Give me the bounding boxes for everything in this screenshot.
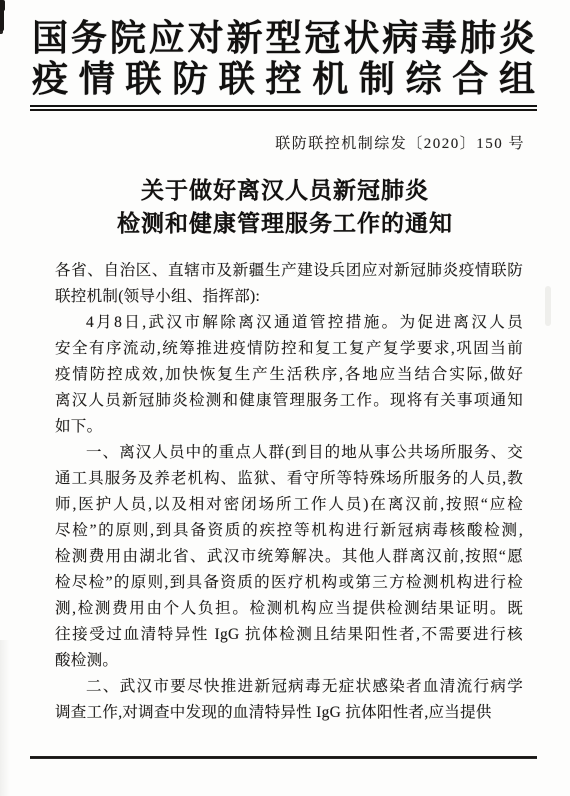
document-body: 各省、自治区、直辖市及新疆生产建设兵团应对新冠肺炎疫情联防联控机制(领导小组、指… [55,258,523,726]
scan-speck-top-left [0,0,5,11]
body-line: 一、离汉人员中的重点人群(到目的地从事公共场所服务、交 [55,440,523,466]
body-line: 师,医护人员,以及相对密闭场所工作人员)在离汉前,按照“应检 [55,492,523,518]
document-number: 联防联控机制综发〔2020〕150 号 [275,132,525,153]
letterhead: 国务院应对新型冠状病毒肺炎 疫情联防联控机制综合组 [32,18,535,100]
scan-shadow-bottom-left [0,640,10,796]
scan-speck-left-upper [0,0,3,34]
footer-divider-rule [30,756,537,759]
body-line: 尽检”的原则,到具备资质的疾控等机构进行新冠病毒核酸检测, [55,518,523,544]
body-line: 检尽检”的原则,到具备资质的医疗机构或第三方检测机构进行检 [55,570,523,596]
body-line: 各省、自治区、直辖市及新疆生产建设兵团应对新冠肺炎疫情联防 [55,258,523,284]
document-title-line-1: 关于做好离汉人员新冠肺炎 [0,174,570,207]
document-title: 关于做好离汉人员新冠肺炎 检测和健康管理服务工作的通知 [0,174,570,240]
body-line: 安全有序流动,统筹推进疫情防控和复工复产复学要求,巩固当前 [55,336,523,362]
body-line: 检测费用由湖北省、武汉市统筹解决。其他人群离汉前,按照“愿 [55,544,523,570]
body-line: 测,检测费用由个人负担。检测机构应当提供检测结果证明。既 [55,596,523,622]
letterhead-line-1: 国务院应对新型冠状病毒肺炎 [32,18,535,59]
body-line: 4月8日,武汉市解除离汉通道管控措施。为促进离汉人员 [55,310,523,336]
body-line: 疫情防控成效,加快恢复生产生活秩序,各地应当结合实际,做好 [55,362,523,388]
scan-smudge-right [545,286,551,326]
letterhead-divider-rule [30,105,537,111]
scanned-document-page: 国务院应对新型冠状病毒肺炎 疫情联防联控机制综合组 联防联控机制综发〔2020〕… [0,0,570,796]
body-line: 通工具服务及养老机构、监狱、看守所等特殊场所服务的人员,教 [55,466,523,492]
body-line: 联控机制(领导小组、指挥部): [55,284,523,310]
letterhead-line-2: 疫情联防联控机制综合组 [32,59,535,100]
body-line: 二、武汉市要尽快推进新冠病毒无症状感染者血清流行病学 [55,674,523,700]
body-line: 离汉人员新冠肺炎检测和健康管理服务工作。现将有关事项通知 [55,388,523,414]
body-line: 酸检测。 [55,648,523,674]
body-line: 如下。 [55,414,523,440]
body-line: 往接受过血清特异性 IgG 抗体检测且结果阳性者,不需要进行核 [55,622,523,648]
document-title-line-2: 检测和健康管理服务工作的通知 [0,207,570,240]
body-line: 调查工作,对调查中发现的血清特异性 IgG 抗体阳性者,应当提供 [55,700,523,726]
scan-speck-left-mid [0,0,4,31]
